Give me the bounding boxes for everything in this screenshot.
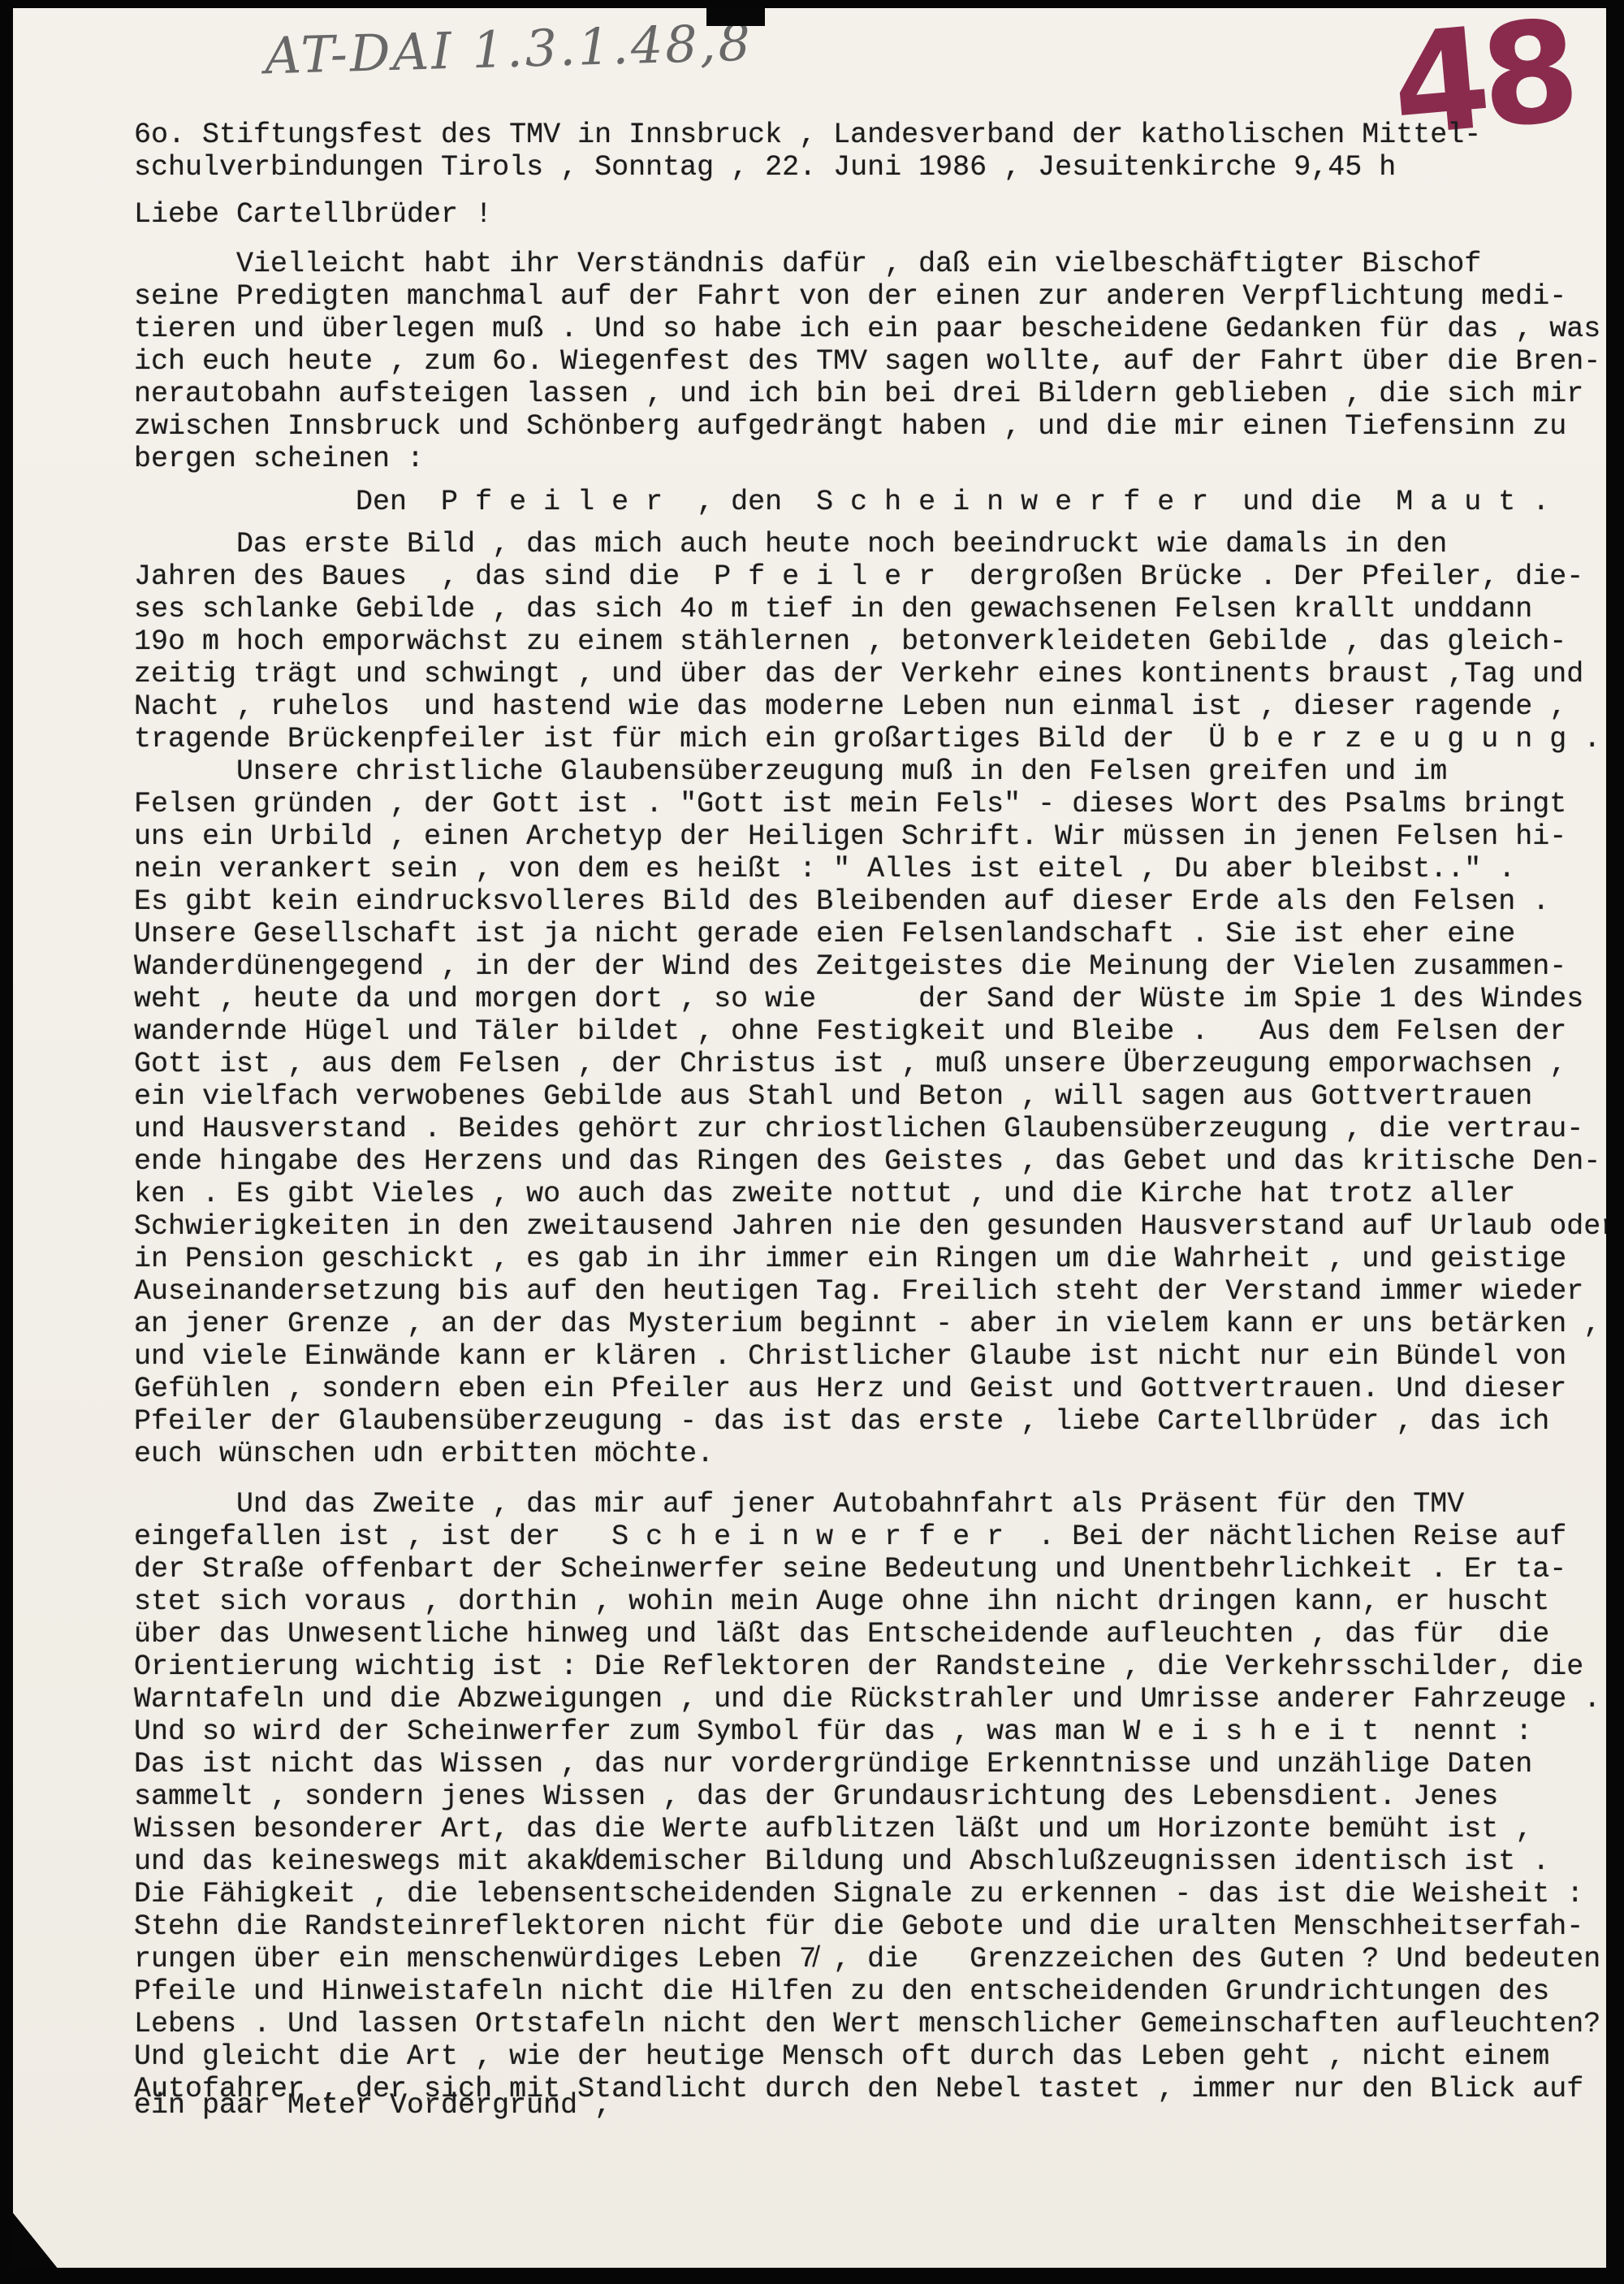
text-line: und das keineswegs mit akak̸demischer Bi…	[134, 1845, 1606, 1878]
text-line: Pfeile und Hinweistafeln nicht die Hilfe…	[134, 1975, 1606, 2008]
text-line: Unsere Gesellschaft ist ja nicht gerade …	[134, 918, 1606, 950]
text-line: weht , heute da und morgen dort , so wie…	[134, 983, 1606, 1015]
motto-line: Den P f e i l e r , den S c h e i n w e …	[134, 486, 1606, 518]
text-line: Das ist nicht das Wissen , das nur vorde…	[134, 1748, 1606, 1780]
paragraph-pfeiler: Das erste Bild , das mich auch heute noc…	[134, 528, 1606, 755]
text-line: Jahren des Baues , das sind die P f e i …	[134, 560, 1606, 593]
text-line: Stehn die Randsteinreflektoren nicht für…	[134, 1910, 1606, 1943]
text-line: in Pension geschickt , es gab in ihr imm…	[134, 1243, 1606, 1275]
text-line: Auseinandersetzung bis auf den heutigen …	[134, 1275, 1606, 1308]
text-line: Lebens . Und lassen Ortstafeln nicht den…	[134, 2008, 1606, 2040]
text-line: Schwierigkeiten in den zweitausend Jahre…	[134, 1210, 1606, 1243]
text-line: Vielleicht habt ihr Verständnis dafür , …	[134, 248, 1606, 280]
salutation: Liebe Cartellbrüder !	[134, 198, 1606, 231]
text-line: schulverbindungen Tirols , Sonntag , 22.…	[134, 151, 1606, 184]
text-line: Gefühlen , sondern eben ein Pfeiler aus …	[134, 1373, 1606, 1405]
scanned-page: AT-DAI 1.3.1.48,8 48 6o. Stiftungsfest d…	[0, 0, 1624, 2284]
archive-reference-handwritten: AT-DAI 1.3.1.48,8	[264, 13, 754, 86]
text-line: zwischen Innsbruck und Schönberg aufgedr…	[134, 410, 1606, 443]
paper-corner-dogear	[13, 2211, 58, 2268]
text-line: bergen scheinen :	[134, 443, 1606, 475]
text-line: Wissen besonderer Art, das die Werte auf…	[134, 1813, 1606, 1845]
scanner-edge-notch	[706, 8, 765, 26]
document-header: 6o. Stiftungsfest des TMV in Innsbruck ,…	[134, 119, 1606, 184]
paper: AT-DAI 1.3.1.48,8 48 6o. Stiftungsfest d…	[13, 8, 1606, 2268]
text-line: Felsen gründen , der Gott ist . "Gott is…	[134, 788, 1606, 820]
text-line: Und gleicht die Art , wie der heutige Me…	[134, 2040, 1606, 2073]
text-line: tragende Brückenpfeiler ist für mich ein…	[134, 723, 1606, 755]
text-line: Pfeiler der Glaubensüberzeugung - das is…	[134, 1405, 1606, 1438]
text-line: eingefallen ist , ist der S c h e i n w …	[134, 1521, 1606, 1553]
text-line: Und so wird der Scheinwerfer zum Symbol …	[134, 1715, 1606, 1748]
text-line: der Straße offenbart der Scheinwerfer se…	[134, 1553, 1606, 1585]
text-line: Unsere christliche Glaubensüberzeugung m…	[134, 755, 1606, 788]
text-line: ich euch heute , zum 6o. Wiegenfest des …	[134, 345, 1606, 378]
text-line: Warntafeln und die Abzweigungen , und di…	[134, 1683, 1606, 1715]
text-line: Nacht , ruhelos und hastend wie das mode…	[134, 690, 1606, 723]
paragraph-introduction: Vielleicht habt ihr Verständnis dafür , …	[134, 248, 1606, 475]
text-line: rungen über ein menschenwürdiges Leben 7…	[134, 1943, 1606, 1975]
text-line: ende hingabe des Herzens und das Ringen …	[134, 1145, 1606, 1178]
paragraph-scheinwerfer-overlap-line: ein paar Meter Vordergrund ,	[134, 2089, 1606, 2122]
text-line: ses schlanke Gebilde , das sich 4o m tie…	[134, 593, 1606, 625]
paragraph-scheinwerfer: Und das Zweite , das mir auf jener Autob…	[134, 1488, 1606, 2105]
text-line: euch wünschen udn erbitten möchte.	[134, 1438, 1606, 1470]
text-line: Das erste Bild , das mich auch heute noc…	[134, 528, 1606, 560]
paragraph-glaubensueberzeugung: Unsere christliche Glaubensüberzeugung m…	[134, 755, 1606, 1470]
text-line: sammelt , sondern jenes Wissen , das der…	[134, 1780, 1606, 1813]
text-line: und viele Einwände kann er klären . Chri…	[134, 1340, 1606, 1373]
text-line: an jener Grenze , an der das Mysterium b…	[134, 1308, 1606, 1340]
text-line: über das Unwesentliche hinweg und läßt d…	[134, 1618, 1606, 1650]
text-line: Gott ist , aus dem Felsen , der Christus…	[134, 1048, 1606, 1080]
text-line: nerautobahn aufsteigen lassen , und ich …	[134, 378, 1606, 410]
text-line: wandernde Hügel und Täler bildet , ohne …	[134, 1015, 1606, 1048]
text-line: seine Predigten manchmal auf der Fahrt v…	[134, 280, 1606, 313]
text-line: uns ein Urbild , einen Archetyp der Heil…	[134, 820, 1606, 853]
text-line: ein vielfach verwobenes Gebilde aus Stah…	[134, 1080, 1606, 1113]
text-line: Orientierung wichtig ist : Die Reflektor…	[134, 1650, 1606, 1683]
text-line: Wanderdünengegend , in der der Wind des …	[134, 950, 1606, 983]
text-line: nein verankert sein , von dem es heißt :…	[134, 853, 1606, 885]
text-line: stet sich voraus , dorthin , wohin mein …	[134, 1585, 1606, 1618]
text-line: Es gibt kein eindrucksvolleres Bild des …	[134, 885, 1606, 918]
text-line: Und das Zweite , das mir auf jener Autob…	[134, 1488, 1606, 1521]
text-line: 6o. Stiftungsfest des TMV in Innsbruck ,…	[134, 119, 1606, 151]
text-line: tieren und überlegen muß . Und so habe i…	[134, 313, 1606, 345]
text-line: ken . Es gibt Vieles , wo auch das zweit…	[134, 1178, 1606, 1210]
text-line: zeitig trägt und schwingt , und über das…	[134, 658, 1606, 690]
text-line: und Hausverstand . Beides gehört zur chr…	[134, 1113, 1606, 1145]
text-line: 19o m hoch emporwächst zu einem stählern…	[134, 625, 1606, 658]
text-line: Die Fähigkeit , die lebensentscheidenden…	[134, 1878, 1606, 1910]
